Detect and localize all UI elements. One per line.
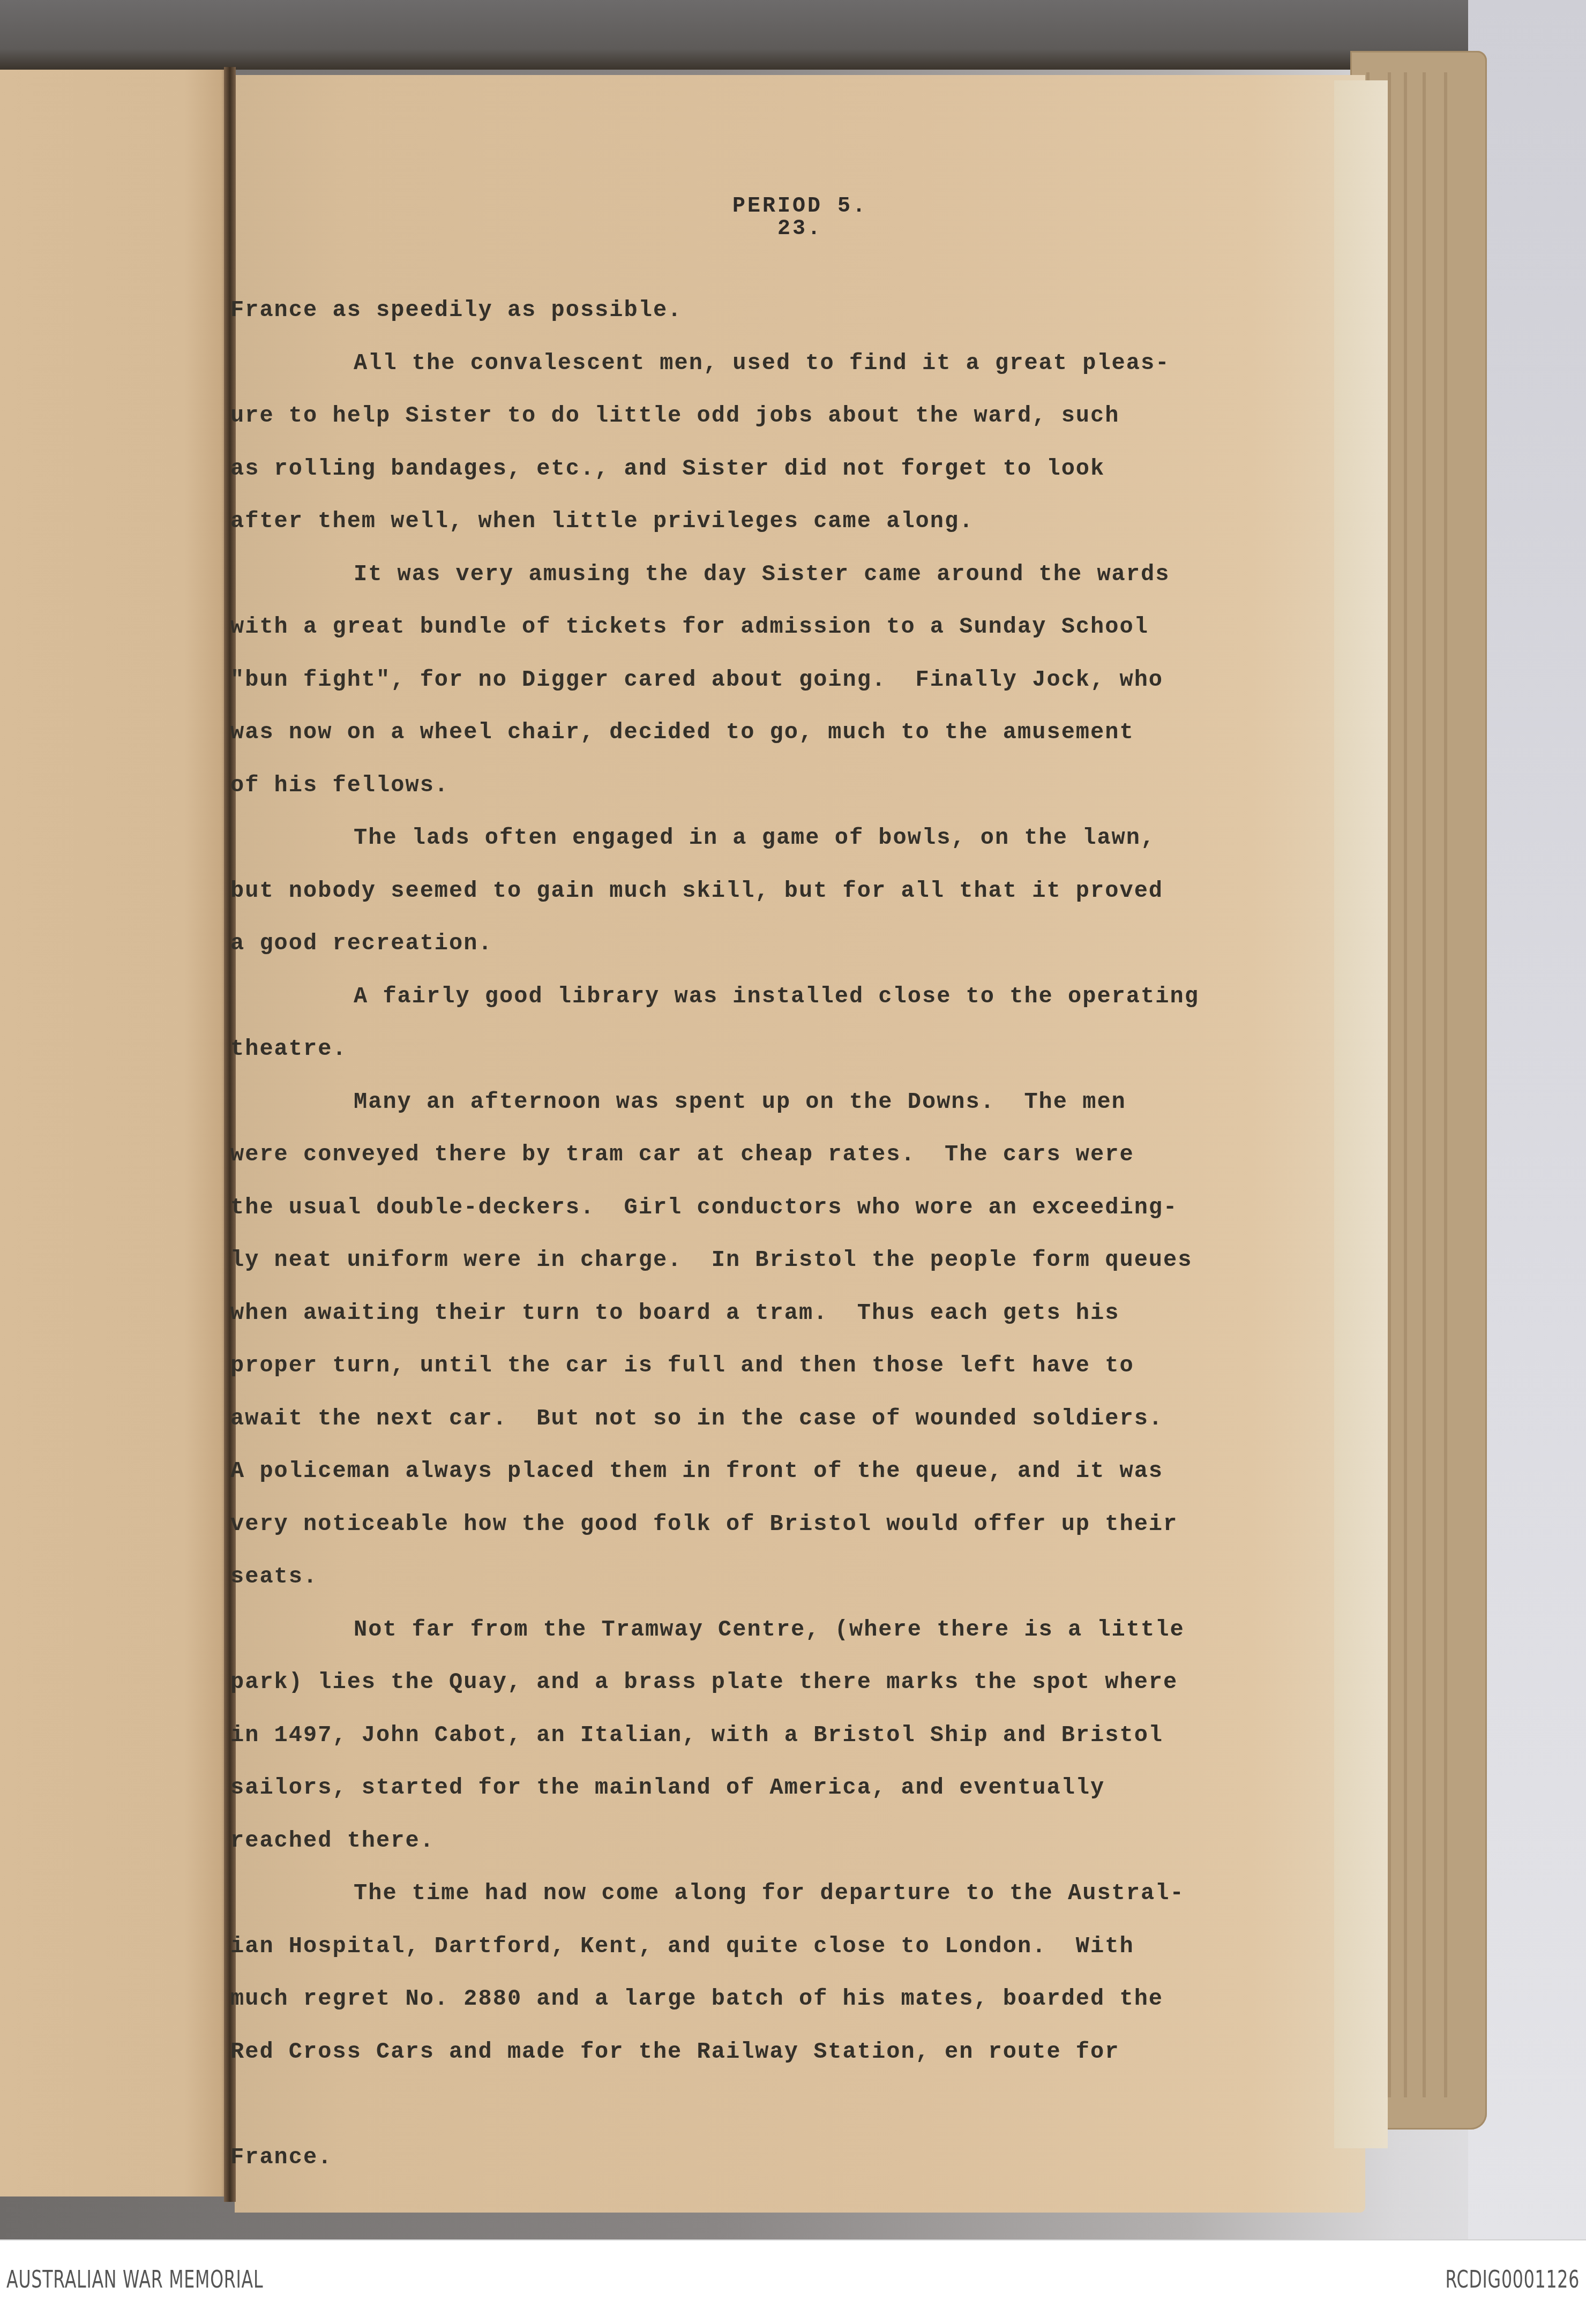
section-title: PERIOD 5. [235,196,1365,218]
text-line: ure to help Sister to do little odd jobs… [230,389,1302,443]
text-line: Not far from the Tramway Centre, (where … [230,1603,1302,1656]
text-line: It was very amusing the day Sister came … [230,548,1302,601]
text-line: a good recreation. [230,917,1302,970]
typed-body-text: France as speedily as possible.All the c… [230,284,1302,2184]
text-line: park) lies the Quay, and a brass plate t… [230,1656,1302,1709]
text-line: "bun fight", for no Digger cared about g… [230,654,1302,707]
page-number: 23. [235,218,1365,241]
text-line: seats. [230,1550,1302,1603]
text-line: The lads often engaged in a game of bowl… [230,812,1302,865]
text-line: much regret No. 2880 and a large batch o… [230,1973,1302,2026]
page-leaf-edge [1423,72,1426,2097]
text-line: with a great bundle of tickets for admis… [230,601,1302,654]
text-line: All the convalescent men, used to find i… [230,337,1302,390]
text-line: was now on a wheel chair, decided to go,… [230,706,1302,759]
page-leaf-edge [1444,72,1447,2097]
text-line: theatre. [230,1023,1302,1076]
text-line [230,2078,1302,2131]
text-line: The time had now come along for departur… [230,1867,1302,1920]
scan-background-top [0,0,1586,70]
left-page [0,70,230,2196]
footer-bar: AUSTRALIAN WAR MEMORIAL RCDIG0001126 [0,2239,1586,2324]
institution-label: AUSTRALIAN WAR MEMORIAL [6,2266,263,2293]
text-line: France. [230,2131,1302,2184]
text-line: await the next car. But not so in the ca… [230,1392,1302,1445]
text-line: but nobody seemed to gain much skill, bu… [230,865,1302,918]
text-line: in 1497, John Cabot, an Italian, with a … [230,1709,1302,1762]
scanned-book-spread: PERIOD 5. 23. France as speedily as poss… [0,0,1586,2239]
text-line: ian Hospital, Dartford, Kent, and quite … [230,1920,1302,1973]
text-line: ly neat uniform were in charge. In Brist… [230,1234,1302,1287]
text-line: A policeman always placed them in front … [230,1445,1302,1498]
text-line: of his fellows. [230,759,1302,812]
page-leaf-edge [1388,72,1391,2097]
text-line: reached there. [230,1815,1302,1868]
text-line: were conveyed there by tram car at cheap… [230,1128,1302,1181]
record-id-label: RCDIG0001126 [1445,2266,1580,2293]
page-edge-tissue [1334,80,1388,2148]
text-line: very noticeable how the good folk of Bri… [230,1498,1302,1551]
text-line: Many an afternoon was spent up on the Do… [230,1076,1302,1129]
text-line: when awaiting their turn to board a tram… [230,1287,1302,1340]
page-header: PERIOD 5. 23. [235,196,1365,241]
text-line: sailors, started for the mainland of Ame… [230,1761,1302,1815]
text-line: France as speedily as possible. [230,284,1302,337]
text-line: Red Cross Cars and made for the Railway … [230,2026,1302,2079]
text-line: proper turn, until the car is full and t… [230,1339,1302,1392]
page-leaf-edge [1404,72,1407,2097]
text-line: the usual double-deckers. Girl conductor… [230,1181,1302,1234]
text-line: as rolling bandages, etc., and Sister di… [230,443,1302,496]
text-line: A fairly good library was installed clos… [230,970,1302,1023]
text-line: after them well, when little privileges … [230,495,1302,548]
